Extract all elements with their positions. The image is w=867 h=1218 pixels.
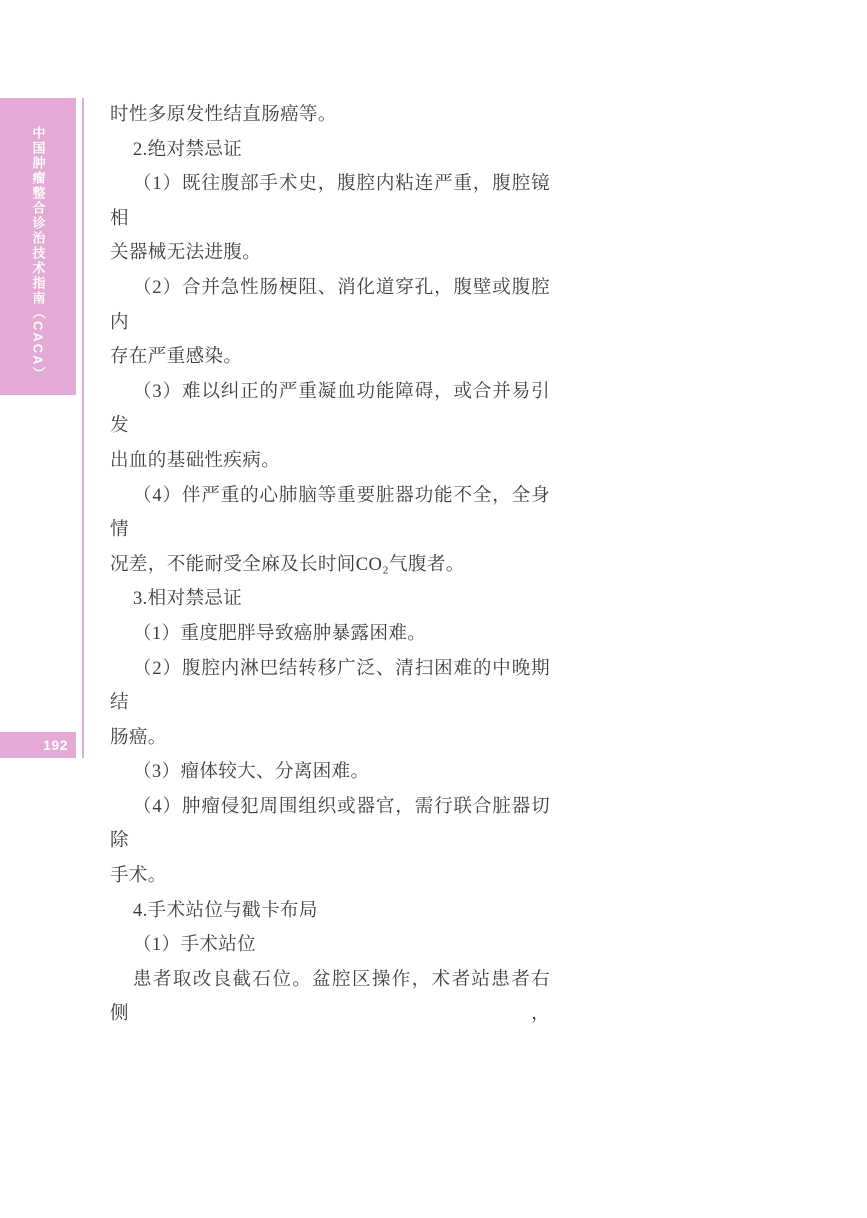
text-line: 手术。 <box>110 859 550 894</box>
vertical-divider <box>82 98 84 758</box>
book-title-vertical: 中国肿瘤整合诊治技术指南（CACA） <box>32 126 45 382</box>
text-line: 出血的基础性疾病。 <box>110 444 550 479</box>
text-line: （3）难以纠正的严重凝血功能障碍，或合并易引发 <box>110 375 550 444</box>
text-line: 存在严重感染。 <box>110 340 550 375</box>
spine-title-bar: 中国肿瘤整合诊治技术指南（CACA） <box>0 98 76 395</box>
text-line: （2）合并急性肠梗阻、消化道穿孔，腹壁或腹腔内 <box>110 271 550 340</box>
section-heading: 4.手术站位与戳卡布局 <box>110 894 550 929</box>
text-line: （2）腹腔内淋巴结转移广泛、清扫困难的中晚期结 <box>110 652 550 721</box>
text-line: （4）肿瘤侵犯周围组织或器官，需行联合脏器切除 <box>110 790 550 859</box>
text-line: （1）重度肥胖导致癌肿暴露困难。 <box>110 617 550 652</box>
text-line: （4）伴严重的心肺脑等重要脏器功能不全，全身情 <box>110 479 550 548</box>
book-page: 中国肿瘤整合诊治技术指南（CACA） 192 时性多原发性结直肠癌等。 2.绝对… <box>0 0 867 1218</box>
section-heading: 3.相对禁忌证 <box>110 582 550 617</box>
page-body: 时性多原发性结直肠癌等。 2.绝对禁忌证 （1）既往腹部手术史，腹腔内粘连严重，… <box>110 98 550 1032</box>
text-line: （3）瘤体较大、分离困难。 <box>110 755 550 790</box>
page-number: 192 <box>43 737 68 753</box>
text-line: 患者取改良截石位。盆腔区操作，术者站患者右侧， <box>110 963 550 1032</box>
text-line: 关器械无法进腹。 <box>110 236 550 271</box>
text-line: 况差，不能耐受全麻及长时间CO₂气腹者。 <box>110 548 550 583</box>
text-line: 肠癌。 <box>110 721 550 756</box>
subsection-heading: （1）手术站位 <box>110 928 550 963</box>
text-line: （1）既往腹部手术史，腹腔内粘连严重，腹腔镜相 <box>110 167 550 236</box>
page-number-badge: 192 <box>0 732 76 758</box>
section-heading: 2.绝对禁忌证 <box>110 133 550 168</box>
text-line: 时性多原发性结直肠癌等。 <box>110 98 550 133</box>
